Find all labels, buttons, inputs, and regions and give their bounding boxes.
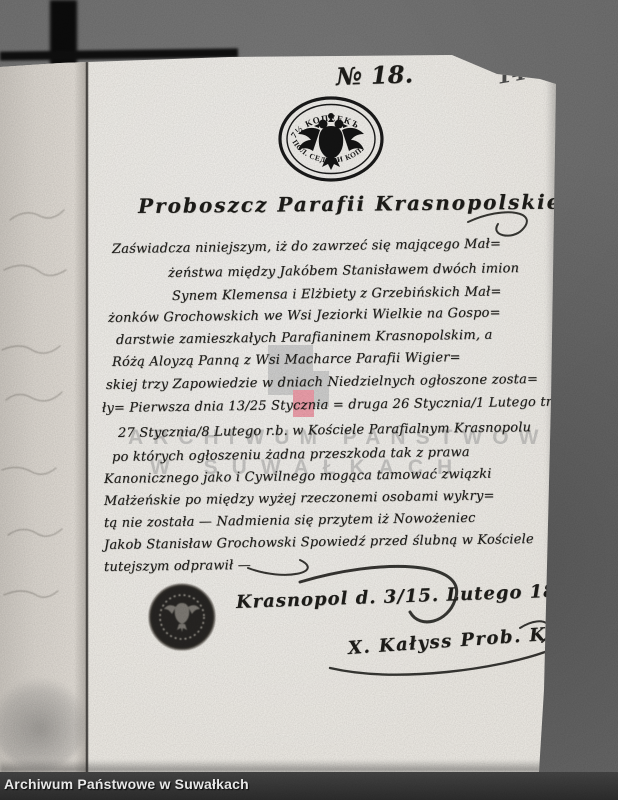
paper-sheet: ARCHIWUM PAŃSTWOWE W SUWAŁKACH № 18. 14 … [0, 0, 618, 775]
scanned-document-page: ARCHIWUM PAŃSTWOWE W SUWAŁKACH № 18. 14 … [0, 0, 618, 800]
body-line: Różą Aloyzą Panną z Wsi Macharce Parafii… [112, 350, 461, 370]
page-number-pencil: 14 [495, 59, 529, 89]
revenue-stamp: 7½ КОПЕЕКЪ ПОЛ. СЕДМ. И КОП. [278, 96, 384, 182]
bleed-through-writing [0, 140, 87, 700]
body-line: tutejszym odprawił — [104, 558, 251, 575]
page-bottom-edge-shadow [0, 760, 560, 772]
body-line: żonków Grochowskich we Wsi Jeziorki Wiel… [108, 306, 501, 326]
page-fold-line [86, 55, 88, 775]
body-line: żeństwa między Jakóbem Stanisławem dwóch… [168, 261, 519, 281]
body-line: skiej trzy Zapowiedzie w dniach Niedziel… [106, 372, 538, 393]
dateline: Krasnopol d. 3/15. Lutego 1857 r. [236, 579, 608, 613]
body-line: tą nie została — Nadmienia się przytem i… [104, 511, 476, 531]
priest-signature: X. Kałyss Prob. Krasn: [347, 620, 605, 659]
body-line: ły= Pierwsza dnia 13/25 Stycznia = druga… [102, 394, 587, 416]
body-line: darstwie zamieszkałych Parafianinem Kras… [116, 328, 493, 348]
document-title: Proboszcz Parafii Krasnopolskiej — [138, 189, 602, 218]
body-line: Synem Klemensa i Elżbiety z Grzebińskich… [172, 284, 502, 304]
body-line: Małżeńskie po między wyżej rzeczonemi os… [104, 489, 495, 509]
archive-footer-label: Archiwum Państwowe w Suwałkach [4, 776, 249, 792]
body-line: Zaświadcza niniejszym, iż do zawrzeć się… [112, 237, 501, 257]
parish-seal [146, 583, 218, 653]
body-line: Jakob Stanisław Grochowski Spowiedź prze… [104, 532, 534, 553]
document-number: № 18. [335, 59, 413, 91]
page-right-edge-shadow [546, 75, 560, 775]
